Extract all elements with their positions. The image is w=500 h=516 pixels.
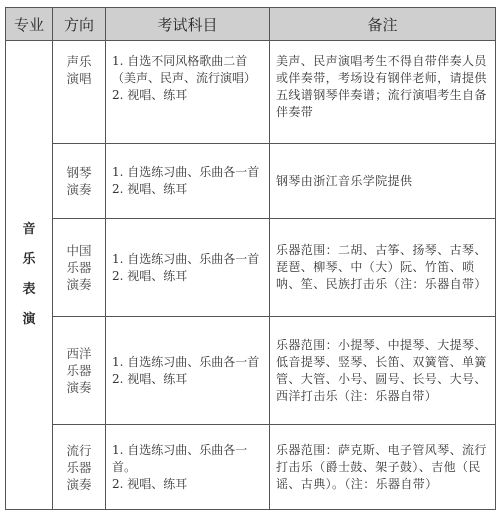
subject-line: 2. 视唱、练耳 xyxy=(112,371,265,388)
direction-cell: 声乐 演唱 xyxy=(53,41,106,144)
direction-line: 声乐 xyxy=(53,53,105,70)
subject-line: 1. 自选练习曲、乐曲各一首 xyxy=(112,251,265,268)
direction-line: 乐器 xyxy=(53,459,105,476)
exam-requirements-table: 专业 方向 考试科目 备注 音 乐 表 演 声乐 演唱 1. 自选不同风格歌曲二… xyxy=(5,7,496,510)
subjects-cell: 1. 自选练习曲、乐曲各一首 2. 视唱、练耳 xyxy=(106,317,270,425)
direction-line: 演奏 xyxy=(53,276,105,293)
direction-cell: 中国 乐器 演奏 xyxy=(53,219,106,317)
table-row: 中国 乐器 演奏 1. 自选练习曲、乐曲各一首 2. 视唱、练耳 乐器范围：二胡… xyxy=(6,219,496,317)
subject-line: 2. 视唱、练耳 xyxy=(112,268,265,285)
major-cell: 音 乐 表 演 xyxy=(6,41,53,510)
note-cell: 美声、民声演唱考生不得自带伴奏人员或伴奏带，考场设有钢伴老师，请提供五线谱钢琴伴… xyxy=(270,41,496,144)
subject-line: 2. 视唱、练耳 xyxy=(112,476,265,493)
subjects-cell: 1. 自选练习曲、乐曲各一首 2. 视唱、练耳 xyxy=(106,144,270,219)
direction-line: 乐器 xyxy=(53,362,105,379)
major-char: 表 xyxy=(6,275,52,305)
direction-line: 演奏 xyxy=(53,379,105,396)
note-cell: 乐器范围：二胡、古筝、扬琴、古琴、琵琶、柳琴、中（大）阮、竹笛、唢呐、笙、民族打… xyxy=(270,219,496,317)
direction-line: 中国 xyxy=(53,242,105,259)
header-subjects: 考试科目 xyxy=(106,8,270,41)
subject-line: 2. 视唱、练耳 xyxy=(112,87,265,104)
table-row: 音 乐 表 演 声乐 演唱 1. 自选不同风格歌曲二首 （美声、民声、流行演唱）… xyxy=(6,41,496,144)
subject-line: （美声、民声、流行演唱） xyxy=(112,70,265,87)
major-char: 乐 xyxy=(6,245,52,275)
direction-cell: 西洋 乐器 演奏 xyxy=(53,317,106,425)
major-char: 音 xyxy=(6,215,52,245)
subject-line: 1. 自选练习曲、乐曲各一 xyxy=(112,442,265,459)
header-major: 专业 xyxy=(6,8,53,41)
direction-line: 流行 xyxy=(53,442,105,459)
direction-cell: 流行 乐器 演奏 xyxy=(53,425,106,510)
header-direction: 方向 xyxy=(53,8,106,41)
major-char: 演 xyxy=(6,305,52,335)
direction-line: 演唱 xyxy=(53,70,105,87)
subject-line: 首。 xyxy=(112,459,265,476)
table-row: 流行 乐器 演奏 1. 自选练习曲、乐曲各一 首。 2. 视唱、练耳 乐器范围：… xyxy=(6,425,496,510)
note-cell: 乐器范围：萨克斯、电子管风琴、流行打击乐（爵士鼓、架子鼓）、吉他（民谣、古典）。… xyxy=(270,425,496,510)
table-row: 西洋 乐器 演奏 1. 自选练习曲、乐曲各一首 2. 视唱、练耳 乐器范围：小提… xyxy=(6,317,496,425)
header-row: 专业 方向 考试科目 备注 xyxy=(6,8,496,41)
table-row: 钢琴 演奏 1. 自选练习曲、乐曲各一首 2. 视唱、练耳 钢琴由浙江音乐学院提… xyxy=(6,144,496,219)
direction-line: 钢琴 xyxy=(53,164,105,181)
subjects-cell: 1. 自选不同风格歌曲二首 （美声、民声、流行演唱） 2. 视唱、练耳 xyxy=(106,41,270,144)
direction-cell: 钢琴 演奏 xyxy=(53,144,106,219)
note-cell: 钢琴由浙江音乐学院提供 xyxy=(270,144,496,219)
subject-line: 1. 自选练习曲、乐曲各一首 xyxy=(112,164,265,181)
subjects-cell: 1. 自选练习曲、乐曲各一 首。 2. 视唱、练耳 xyxy=(106,425,270,510)
direction-line: 西洋 xyxy=(53,345,105,362)
direction-line: 乐器 xyxy=(53,259,105,276)
subject-line: 2. 视唱、练耳 xyxy=(112,181,265,198)
header-notes: 备注 xyxy=(270,8,496,41)
note-cell: 乐器范围：小提琴、中提琴、大提琴、低音提琴、竖琴、长笛、双簧管、单簧管、大管、小… xyxy=(270,317,496,425)
direction-line: 演奏 xyxy=(53,181,105,198)
subjects-cell: 1. 自选练习曲、乐曲各一首 2. 视唱、练耳 xyxy=(106,219,270,317)
subject-line: 1. 自选不同风格歌曲二首 xyxy=(112,53,265,70)
subject-line: 1. 自选练习曲、乐曲各一首 xyxy=(112,354,265,371)
direction-line: 演奏 xyxy=(53,476,105,493)
